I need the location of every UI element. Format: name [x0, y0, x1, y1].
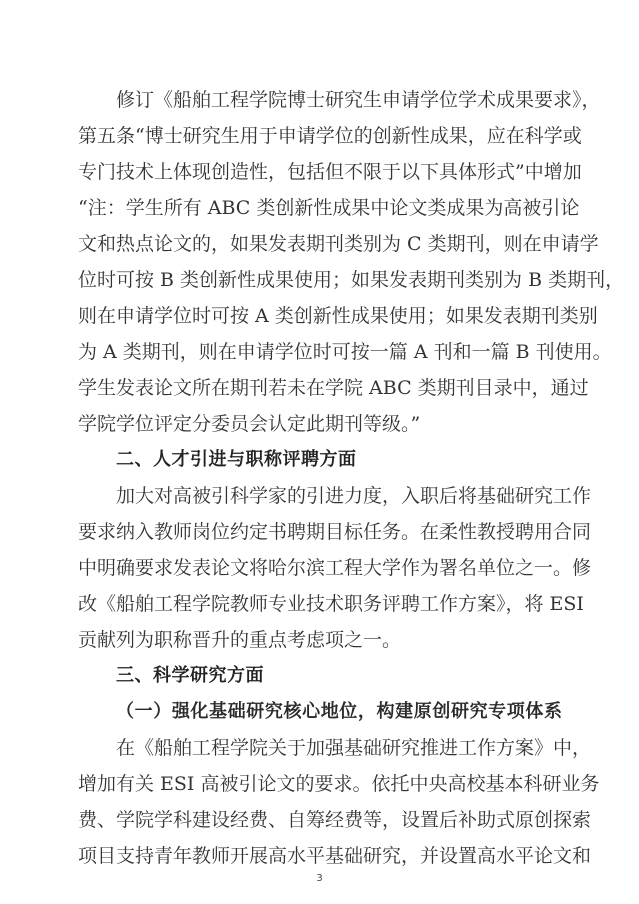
paragraph-line: 在《船舶工程学院关于加强基础研究推进工作方案》中， [116, 730, 562, 766]
section-subheading: （一）强化基础研究核心地位，构建原创研究专项体系 [116, 694, 562, 730]
paragraph-line: 学生发表论文所在期刊若未在学院 ABC 类期刊目录中，通过 [78, 370, 562, 406]
paragraph-line: 学院学位评定分委员会认定此期刊等级。” [78, 406, 562, 442]
section-heading: 三、科学研究方面 [116, 658, 264, 694]
paragraph-line: 专门技术上体现创造性，包括但不限于以下具体形式”中增加 [78, 154, 562, 190]
paragraph-line: 增加有关 ESI 高被引论文的要求。依托中央高校基本科研业务 [78, 766, 562, 802]
paragraph-line: 为 A 类期刊，则在申请学位时可按一篇 A 刊和一篇 B 刊使用。 [78, 334, 562, 370]
paragraph-line: 修订《船舶工程学院博士研究生申请学位学术成果要求》， [116, 82, 562, 118]
paragraph-line: 项目支持青年教师开展高水平基础研究，并设置高水平论文和 [78, 838, 562, 874]
paragraph-line: 要求纳入教师岗位约定书聘期目标任务。在柔性教授聘用合同 [78, 514, 562, 550]
paragraph-line: 费、学院学科建设经费、自筹经费等，设置后补助式原创探索 [78, 802, 562, 838]
document-page: 修订《船舶工程学院博士研究生申请学位学术成果要求》， 第五条“博士研究生用于申请… [0, 0, 639, 904]
section-heading: 二、人才引进与职称评聘方面 [116, 442, 357, 478]
paragraph-line: 中明确要求发表论文将哈尔滨工程大学作为署名单位之一。修 [78, 550, 562, 586]
paragraph-line: 改《船舶工程学院教师专业技术职务评聘工作方案》，将 ESI [78, 586, 562, 622]
paragraph-line: 则在申请学位时可按 A 类创新性成果使用；如果发表期刊类别 [78, 298, 562, 334]
paragraph-line: 贡献列为职称晋升的重点考虑项之一。 [78, 622, 562, 658]
page-number: 3 [0, 873, 639, 884]
paragraph-line: 加大对高被引科学家的引进力度，入职后将基础研究工作 [116, 478, 562, 514]
paragraph-line: 位时可按 B 类创新性成果使用；如果发表期刊类别为 B 类期刊， [78, 262, 562, 298]
paragraph-line: 文和热点论文的，如果发表期刊类别为 C 类期刊，则在申请学 [78, 226, 562, 262]
paragraph-line: “注：学生所有 ABC 类创新性成果中论文类成果为高被引论 [78, 190, 562, 226]
paragraph-line: 第五条“博士研究生用于申请学位的创新性成果，应在科学或 [78, 118, 562, 154]
